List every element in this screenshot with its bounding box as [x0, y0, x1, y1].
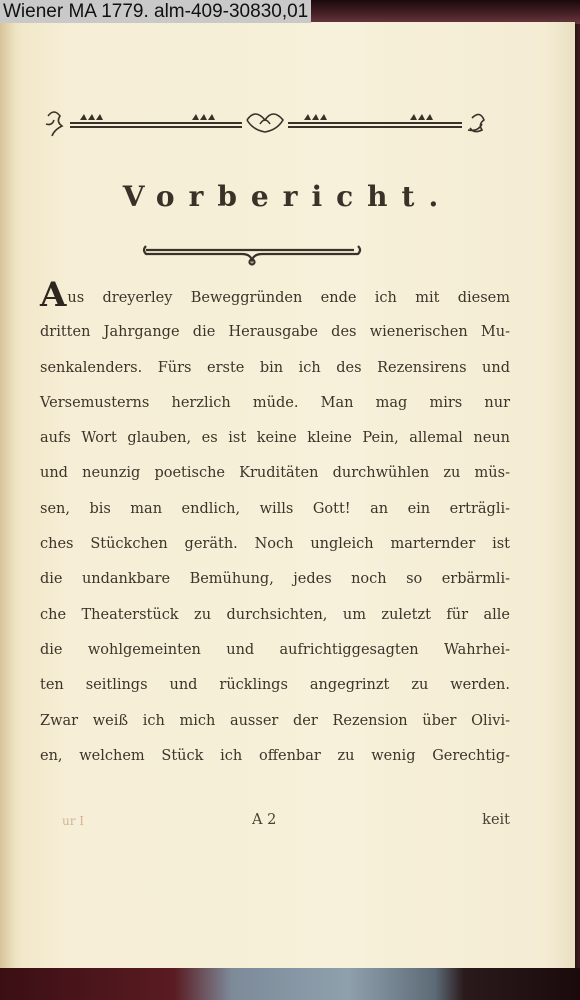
- signature-mark: A 2: [252, 812, 276, 828]
- book-cover-bottom-edge: [0, 968, 580, 1000]
- text-line: Versemusterns herzlich müde. Man mag mir…: [40, 386, 510, 421]
- text-line: die wohlgemeinten und aufrichtiggesagten…: [40, 633, 510, 668]
- text-line: en, welchem Stück ich offenbar zu wenig …: [40, 739, 510, 774]
- text-line: und neunzig poetische Kruditäten durchwü…: [40, 456, 510, 491]
- text-line: aufs Wort glauben, es ist keine kleine P…: [40, 421, 510, 456]
- image-label: Wiener MA 1779. alm-409-30830,01: [0, 0, 311, 23]
- bleed-through-text: ur I: [62, 814, 84, 828]
- text-line: die undankbare Bemühung, jedes noch so e…: [40, 562, 510, 597]
- decorative-vignette-icon: [42, 106, 490, 142]
- text-line: senkalenders. Fürs erste bin ich des Rez…: [40, 351, 510, 386]
- text-line: Aus dreyerley Beweggründen ende ich mit …: [40, 280, 510, 315]
- catchword: keit: [482, 812, 510, 828]
- drop-cap: A: [40, 275, 66, 315]
- preface-body: Aus dreyerley Beweggründen ende ich mit …: [40, 280, 510, 774]
- bracket-rule-icon: [140, 240, 364, 266]
- page-footer: ur I A 2 keit: [40, 812, 510, 836]
- page-title: Vorbericht.: [0, 180, 575, 213]
- text-line: ten seitlings und rücklings angegrinzt z…: [40, 668, 510, 703]
- text-line: Zwar weiß ich mich ausser der Rezension …: [40, 704, 510, 739]
- text-line: che Theaterstück zu durchsichten, um zul…: [40, 598, 510, 633]
- text-line: dritten Jahrgange die Herausgabe des wie…: [40, 315, 510, 350]
- text-line: sen, bis man endlich, wills Gott! an ein…: [40, 492, 510, 527]
- book-page: Vorbericht. Aus dreyerley Beweggründen e…: [0, 22, 575, 968]
- text-line: ches Stückchen geräth. Noch ungleich mar…: [40, 527, 510, 562]
